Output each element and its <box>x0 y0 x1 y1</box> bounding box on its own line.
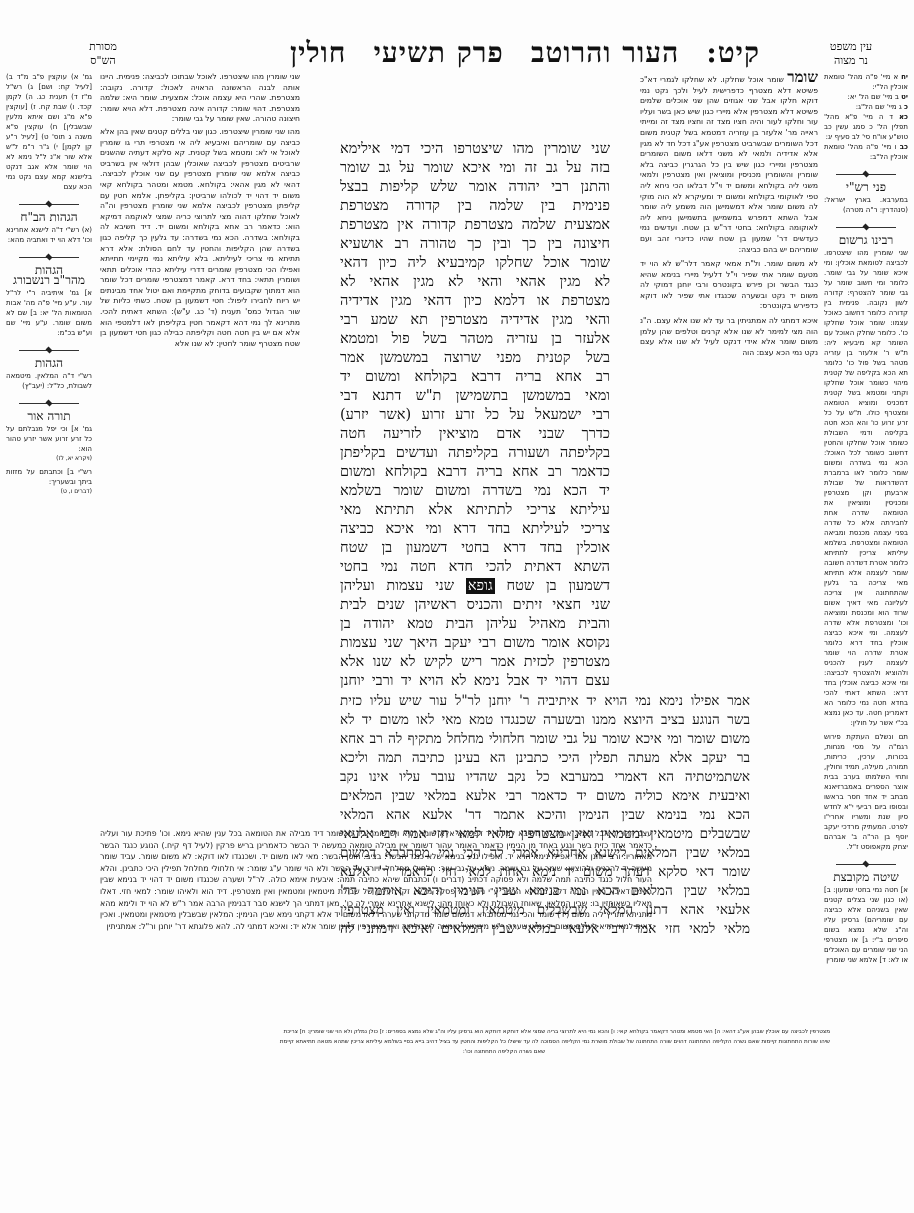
page-header: קיט: העור והרוטב פרק תשיעי חולין <box>290 36 760 70</box>
gemara-line: אמצעית שלמה מצטרפת קדורה אין מצטרפת <box>340 216 610 235</box>
gemara-line: שומר אוכל שחלקו קמיבעיא ליה כיון דהאי <box>340 254 610 273</box>
gemara-line: בזה על גב זה ומי איכא שומר על גב שומר <box>340 159 610 178</box>
ein-mishpat-entry: כא ד ה מיי' פ"א מהל' תפלין הל' כ סמג עשי… <box>824 112 908 142</box>
gemara-line: רבי ישמעאל על כל זרע זרוע (אשר יזרע) <box>340 406 610 425</box>
gemara-text: שני שומרין מהו שיצטרפו היכי דמי אילימא ב… <box>340 140 610 590</box>
gemara-line: לא מגין אהאי והאי לא מגין אהאי לא <box>340 273 610 292</box>
gemara-line: אוכלין בחד דרא בחטי דשמעון בן שטח <box>340 539 610 558</box>
ornament-divider <box>836 223 896 231</box>
bottom-commentary: עצם דהוי יד אבל נימא. אמת לא חשיבא למיהו… <box>100 828 652 1024</box>
gemara-line: יד הכא נמי בשדרה ומשום שומר בשלמא <box>340 482 610 501</box>
bottom-note-line: שאם נשרה הקליפה התחתונה וכו': <box>178 1047 830 1057</box>
haghot2-text: רש"י ד"ה המלאין. מיטמאה לשבולת, כל"ל: (י… <box>6 371 92 391</box>
gemara-line: חיצונה בין כך ובין כך טהורה רב אושעיא <box>340 235 610 254</box>
gemara-line: אלעזר בן עזריה מטהר בשל פול ומטמא <box>340 330 610 349</box>
gemara-line: בקליפתה ושעורה בקליפתה ועדשים בקליפתן <box>340 444 610 463</box>
folio-number: קיט: <box>706 36 760 70</box>
ornament-divider <box>19 346 79 354</box>
gemara-line: ואיבעית אימא כוליה משום יד כדאמר רבי אלע… <box>340 787 750 806</box>
shita-mekubetzet-text: א] חטה נמי בחטי שמעון: ב] (או כגון שני ב… <box>824 885 908 965</box>
rashi-intro: שני שומרין מהו שיצטרפו. לאוכל שבתוכו לכב… <box>100 72 300 125</box>
gemara-line: עיליתא צריכי לתתיתא אלא תתיתא מאי <box>340 501 610 520</box>
bottom-notes: מצטרפין לכביצה עם אוכלין שבהן אע"ג דהאי:… <box>178 1027 830 1057</box>
gemara-line: שני חצאי זיתים והכניס ראשיהן שנים לבית <box>340 596 610 615</box>
gemara-line: בשר הנוגע בציב היוצא ממנו ובשערה שכנגדו … <box>340 711 750 730</box>
gemara-line: פנימית בין שלמה בין קדורה מצטרפת <box>340 197 610 216</box>
gemara-text-cont2: שני חצאי זיתים והכניס ראשיהן שנים לבית ו… <box>340 596 610 692</box>
ornament-divider <box>836 170 896 178</box>
gemara-line: כדרך שבני אדם מוציאין לזריעה חטה <box>340 425 610 444</box>
rabbenu-gershom-text: שני שומרין מהו שיצטרפו. לכביצה לטומאת או… <box>824 248 908 728</box>
ornament-divider <box>836 860 896 868</box>
chapter-number: פרק תשיעי <box>374 36 504 70</box>
tractate-name: חולין <box>290 36 346 70</box>
tosafot-top: שומר שומר אוכל שחלקו. לא שחלקו לגמרי דא"… <box>640 72 818 255</box>
rashbam-title: מהר"ב רנשבורג <box>6 275 92 285</box>
chapter-name: העור והרוטב <box>531 36 679 70</box>
ornament-divider <box>19 253 79 261</box>
ein-mishpat-entry: יח א מיי' פ"ה מהל' טומאת אוכלין הל"י: <box>824 72 908 92</box>
gemara-line: השתא דאתית להכי חדא חטה נמי בחטי <box>340 558 610 577</box>
gemara-line: אשתמיטתיה הא דאמרי במערבא כל נקב שהדיו ע… <box>340 768 750 787</box>
gemara-line-gufa: דשמעון בן שטח גופא שני עצמות ועליהן <box>340 577 610 596</box>
gemara-line: אמר אפילו נימא נמי הויא יד איתיביה ר' יו… <box>340 692 750 711</box>
gemara-line: שני שומרין מהו שיצטרפו היכי דמי אילימא <box>340 140 610 159</box>
ein-mishpat-entry: יט ב מיי' שם הל' יא: <box>824 92 908 102</box>
gemara-line: מצטרפין לכזית אמר ריש לקיש לא שנו אלא <box>340 653 610 672</box>
gemara-line: רב אחא בריה דרבא בקולחא ומשום יד <box>340 368 610 387</box>
torah-or-title: תורה אור <box>6 411 92 421</box>
ornament-divider <box>19 399 79 407</box>
rabbenu-gershom-title: רבינו גרשום <box>824 235 908 245</box>
bottom-note-line: מצטרפין לכביצה עם אוכלין שבהן אע"ג דהאי:… <box>178 1027 830 1037</box>
gemara-line: ומאי במשמשן בתשמישן ת"ש דתנא דבי <box>340 387 610 406</box>
torah-or-text: רש"י ב] וכתבתם על מזזות ביתך ובשעריך: <box>6 467 92 487</box>
gemara-line: והתנן רבי יהודה אומר שלש קליפות בבצל <box>340 178 610 197</box>
ein-mishpat-entry: כ ג מיי' שם הל"ג: <box>824 102 908 112</box>
rashi-column: שני שומרין מהו שיצטרפו. לאוכל שבתוכו לכב… <box>100 72 300 792</box>
gemara-line: בשל קטנית מפני שרוצה במשמשן אמר <box>340 349 610 368</box>
ein-mishpat-entries: יח א מיי' פ"ה מהל' טומאת אוכלין הל"י: יט… <box>824 72 908 162</box>
torah-or-ref: (דברים ו, ט) <box>6 487 92 497</box>
masoret-hashas-header: מסורת הש"ס <box>58 40 148 68</box>
gemara-line: מצטרפת או דלמא כיון דהאי מגין אדידיה <box>340 292 610 311</box>
gemara-line: הכא נמי בנימא שבין הנימין והיכא אתמר דר'… <box>340 806 750 825</box>
gemara-line-text: דשמעון בן שטח גופא שני עצמות ועליהן <box>340 578 610 594</box>
gemara-line: נקוסא אומר משום רבי יעקב היאך שני עצמות <box>340 634 610 653</box>
colophon-text: תם ונשלם העתקת פירוש רגמ"ה על מסי מנחות,… <box>824 732 908 852</box>
right-margin: יח א מיי' פ"ה מהל' טומאת אוכלין הל"י: יט… <box>824 72 908 1027</box>
tosafot-opening-word: שומר <box>787 72 818 86</box>
left-margin: גמ' א) עוקצין פ"ב מ"ד ב) [לעיל קח: ושם] … <box>6 72 92 542</box>
gemara-line: צריכי לעיליתא בחד דרא ומי איכא כביצה <box>340 520 610 539</box>
gemara-line: משום שומר ומי איכא שומר על גבי שומר חלחו… <box>340 730 750 749</box>
talmud-page: עין משפט נר מצוה קיט: העור והרוטב פרק תש… <box>0 0 914 1213</box>
gufa-highlight: גופא <box>466 578 495 594</box>
ein-mishpat-header: עין משפט נר מצוה <box>806 40 896 68</box>
shita-mekubetzet-title: שיטה מקובצת <box>824 872 908 882</box>
tosafot-column: שומר שומר אוכל שחלקו. לא שחלקו לגמרי דא"… <box>640 72 818 642</box>
gemara-line: והבית מאהיל עליהן הבית טמא יהודה בן <box>340 615 610 634</box>
bach-title: הגהות הב"ח <box>6 212 92 222</box>
torah-or-ref: (ויקרא יא, לז) <box>6 454 92 464</box>
gemara-line: עצם דהוי יד אבל נימא לא הויא יד ורבי יוח… <box>340 672 610 691</box>
torah-or-text: גמ' א] וכי יפל מנבלתם על כל זרע זרוע אשר… <box>6 424 92 454</box>
rashi-body: מהו שני שומרין שיצטרפו. כגון שני בללים ק… <box>100 127 300 349</box>
gemara-line: והאי מגין אדידיה מצטרפין תא שמע רבי <box>340 311 610 330</box>
pnei-rashi-text: במערבא. בארץ ישראל: (סנהדרין: ר"ה מטרה) <box>824 195 908 215</box>
bach-text: (א) רש"י ד"ה לישנא אחרינא וכו' דלא הוי י… <box>6 225 92 245</box>
masoret-hashas-text: גמ' א) עוקצין פ"ב מ"ד ב) [לעיל קח: ושם] … <box>6 72 92 192</box>
ein-mishpat-entry: כב ו מיי' פ"ה מהל' טומאת אוכלין הל"ב: <box>824 142 908 162</box>
tosafot-lo: לא משום שומר. ול"ת אמאי קאמר דלר"ש לא הו… <box>640 259 818 312</box>
gemara-line: כדאמר רב אחא בריה דרבא בקולחא ומשום <box>340 463 610 482</box>
gemara-line: בר יעקב אלא מעתה תפלין היכי כתבינן הא בע… <box>340 749 750 768</box>
tosafot-ika: איכא דמתני לה אמתניתין בר עד לא שנו אלא … <box>640 316 818 358</box>
ornament-divider <box>19 200 79 208</box>
pnei-rashi-title: פני רש"י <box>824 182 908 192</box>
rashbam-text: א] גמ' איתיביה ר"י לר"ל עור. ע"ע מיי' פ"… <box>6 288 92 338</box>
bottom-note-line: שיהו שורות התחתונות קיימות שאם נשרה הקלי… <box>178 1037 830 1047</box>
haghot2-title: הגהות <box>6 358 92 368</box>
